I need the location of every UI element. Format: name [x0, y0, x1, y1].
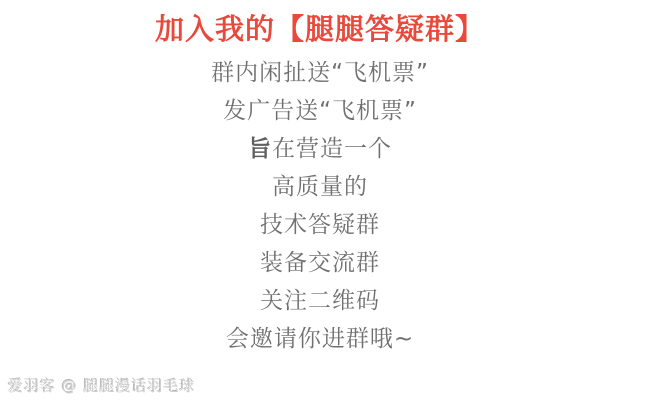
poster-body: 群内闲扯送“飞机票” 发广告送“飞机票” 旨在营造一个 高质量的 技术答疑群 装…: [0, 54, 640, 358]
watermark: 爱羽客 @ 腿腿漫话羽毛球: [8, 375, 196, 396]
poster-line-4: 高质量的: [0, 168, 640, 206]
poster-line-6: 装备交流群: [0, 244, 640, 282]
poster-line-5: 技术答疑群: [0, 206, 640, 244]
poster-line-2: 发广告送“飞机票”: [0, 92, 640, 130]
poster-line-3: 旨在营造一个: [0, 130, 640, 168]
poster-title: 加入我的【腿腿答疑群】: [0, 12, 640, 46]
poster-line-3-rest: 在营造一个: [272, 136, 392, 162]
poster-line-7: 关注二维码: [0, 282, 640, 320]
poster-line-3-bold-prefix: 旨: [248, 136, 272, 162]
poster-line-8: 会邀请你进群哦~: [0, 320, 640, 358]
poster-line-1: 群内闲扯送“飞机票”: [0, 54, 640, 92]
poster-canvas: 加入我的【腿腿答疑群】 群内闲扯送“飞机票” 发广告送“飞机票” 旨在营造一个 …: [0, 0, 650, 401]
